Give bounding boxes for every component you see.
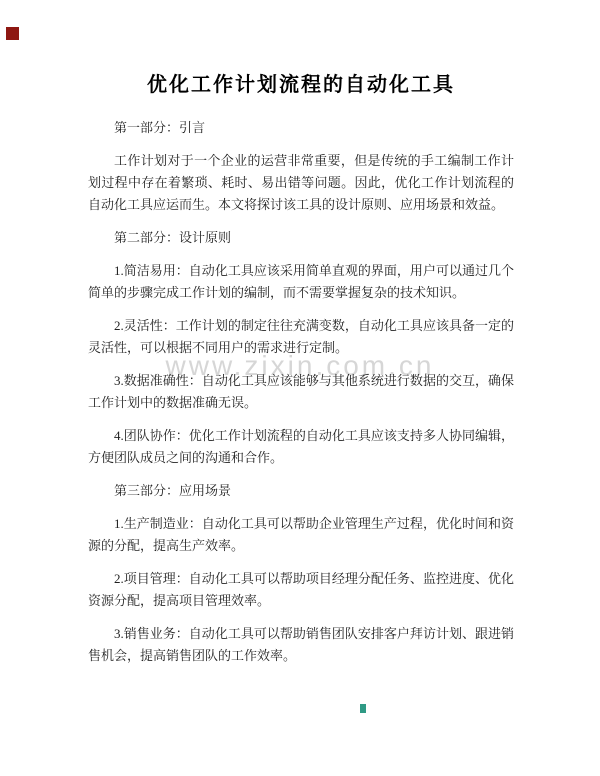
teal-dot-mark [360, 704, 366, 713]
section-design-principles: 第二部分：设计原则 1.简洁易用：自动化工具应该采用简单直观的界面，用户可以通过… [88, 227, 514, 469]
document-title: 优化工作计划流程的自动化工具 [88, 73, 514, 97]
section-introduction: 第一部分：引言 工作计划对于一个企业的运营非常重要，但是传统的手工编制工作计划过… [88, 117, 514, 216]
section-heading: 第一部分：引言 [88, 117, 514, 139]
section-application-scenarios: 第三部分：应用场景 1.生产制造业：自动化工具可以帮助企业管理生产过程，优化时间… [88, 480, 514, 667]
paragraph: 3.销售业务：自动化工具可以帮助销售团队安排客户拜访计划、跟进销售机会，提高销售… [88, 623, 514, 667]
section-heading: 第二部分：设计原则 [88, 227, 514, 249]
red-square-mark [6, 27, 19, 40]
paragraph: 2.项目管理：自动化工具可以帮助项目经理分配任务、监控进度、优化资源分配，提高项… [88, 568, 514, 612]
paragraph: 1.简洁易用：自动化工具应该采用简单直观的界面，用户可以通过几个简单的步骤完成工… [88, 260, 514, 304]
paragraph: 工作计划对于一个企业的运营非常重要，但是传统的手工编制工作计划过程中存在着繁琐、… [88, 150, 514, 216]
paragraph: 1.生产制造业：自动化工具可以帮助企业管理生产过程，优化时间和资源的分配，提高生… [88, 513, 514, 557]
section-heading: 第三部分：应用场景 [88, 480, 514, 502]
paragraph: 4.团队协作：优化工作计划流程的自动化工具应该支持多人协同编辑，方便团队成员之间… [88, 425, 514, 469]
paragraph: 2.灵活性：工作计划的制定往往充满变数，自动化工具应该具备一定的灵活性，可以根据… [88, 315, 514, 359]
document-page: 优化工作计划流程的自动化工具 www.zixin.com.cn 第一部分：引言 … [0, 0, 600, 776]
paragraph: 3.数据准确性：自动化工具应该能够与其他系统进行数据的交互，确保工作计划中的数据… [88, 370, 514, 414]
